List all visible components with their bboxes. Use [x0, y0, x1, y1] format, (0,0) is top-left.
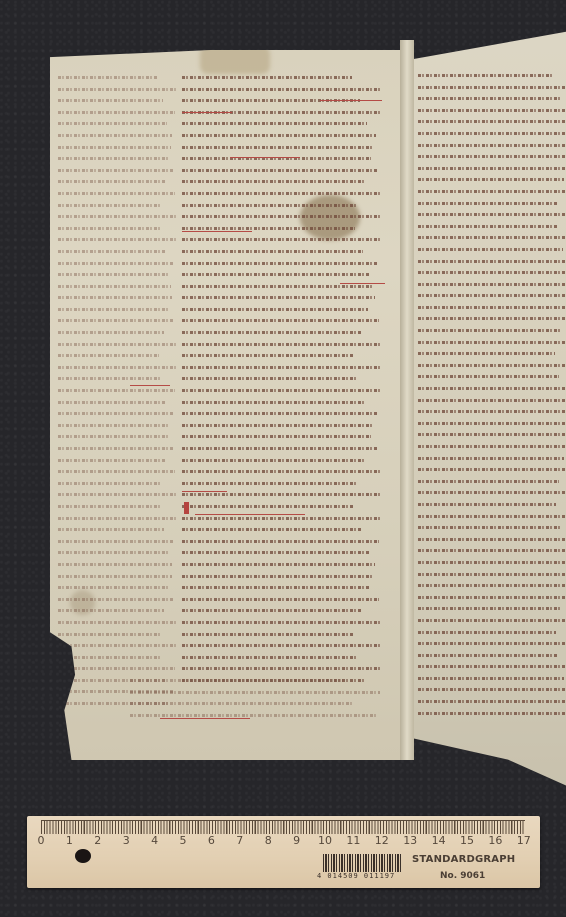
handwritten-line: [58, 571, 172, 583]
handwritten-line: [418, 395, 565, 407]
handwritten-line: [418, 244, 563, 256]
handwritten-line: [418, 232, 566, 244]
ruler-label: 9: [293, 834, 300, 847]
handwritten-line: [418, 719, 566, 720]
handwritten-line: [418, 186, 566, 198]
handwritten-line: [182, 130, 376, 142]
handwritten-line: [182, 559, 375, 571]
handwritten-line: [418, 70, 554, 82]
handwritten-line: [58, 559, 172, 571]
handwritten-line: [418, 638, 566, 650]
handwritten-line: [58, 420, 170, 432]
ruler-ticks: [41, 820, 525, 834]
handwritten-line: [418, 522, 562, 534]
handwritten-line: [418, 650, 558, 662]
handwritten-line: [418, 429, 566, 441]
handwritten-line: [418, 82, 566, 94]
red-initial: [184, 502, 189, 514]
rubric-underline: [182, 231, 252, 232]
handwritten-line: [182, 582, 369, 594]
rubric-underline: [160, 718, 250, 719]
rubric-underline: [130, 385, 170, 386]
handwritten-line: [58, 304, 168, 316]
handwritten-line: [418, 313, 566, 325]
handwritten-line: [58, 536, 174, 548]
handwritten-line: [182, 223, 355, 235]
handwritten-line: [58, 339, 176, 351]
handwritten-line: [58, 200, 161, 212]
handwritten-line: [418, 441, 566, 453]
handwritten-line: [182, 408, 377, 420]
handwritten-line: [58, 397, 166, 409]
handwritten-line: [182, 397, 366, 409]
ruler-brand: STANDARDGRAPH: [412, 854, 515, 865]
handwritten-line: [58, 443, 173, 455]
handwritten-line: [130, 698, 352, 710]
handwritten-line: [58, 513, 176, 525]
handwritten-line: [418, 464, 566, 476]
handwritten-line: [418, 673, 564, 685]
handwritten-line: [182, 373, 358, 385]
handwritten-line: [418, 383, 566, 395]
handwritten-line: [182, 362, 382, 374]
handwritten-line: [418, 406, 566, 418]
handwritten-line: [418, 627, 556, 639]
handwritten-line: [182, 72, 352, 84]
barcode: [323, 854, 403, 872]
ruler-label: 17: [517, 834, 531, 847]
measurement-ruler: 01234567891011121314151617 4 014509 0111…: [27, 816, 540, 888]
handwritten-line: [418, 476, 559, 488]
handwritten-line: [418, 325, 561, 337]
handwritten-line: [418, 371, 559, 383]
handwritten-line: [182, 455, 365, 467]
handwritten-line: [182, 443, 377, 455]
handwritten-line: [182, 246, 363, 258]
handwritten-line: [58, 582, 168, 594]
handwritten-line: [182, 571, 374, 583]
handwritten-line: [418, 360, 566, 372]
handwritten-line: [58, 350, 159, 362]
ruler-label: 16: [488, 834, 502, 847]
ruler-label: 3: [123, 834, 130, 847]
ruler-label: 1: [66, 834, 73, 847]
handwritten-line: [418, 151, 566, 163]
handwritten-line: [58, 362, 176, 374]
handwritten-line: [58, 629, 160, 641]
handwritten-line: [182, 431, 371, 443]
handwritten-line: [182, 663, 381, 675]
handwritten-line: [58, 640, 176, 652]
ruler-label: 13: [403, 834, 417, 847]
handwritten-line: [130, 710, 377, 722]
right-text-column: [418, 70, 566, 720]
handwritten-line: [182, 258, 378, 270]
handwritten-line: [58, 327, 164, 339]
handwritten-line: [58, 72, 158, 84]
ruler-model: No. 9061: [440, 871, 485, 881]
handwritten-line: [418, 105, 566, 117]
handwritten-line: [58, 292, 172, 304]
handwritten-line: [418, 684, 566, 696]
handwritten-line: [182, 629, 354, 641]
handwritten-line: [418, 418, 566, 430]
handwritten-line: [418, 453, 564, 465]
ruler-label: 14: [432, 834, 446, 847]
handwritten-line: [58, 84, 176, 96]
handwritten-line: [58, 594, 174, 606]
handwritten-line: [418, 174, 564, 186]
handwritten-line: [182, 327, 361, 339]
handwritten-line: [58, 652, 161, 664]
handwritten-line: [418, 708, 566, 720]
handwritten-line: [418, 256, 566, 268]
handwritten-line: [418, 128, 566, 140]
ruler-label: 7: [236, 834, 243, 847]
handwritten-line: [58, 617, 176, 629]
handwritten-line: [182, 385, 380, 397]
left-manuscript-leaf: [50, 50, 408, 760]
handwritten-line: [58, 176, 165, 188]
handwritten-line: [418, 279, 566, 291]
handwritten-line: [182, 339, 382, 351]
handwritten-line: [58, 663, 175, 675]
rubric-underline: [340, 283, 385, 284]
ruler-label: 11: [346, 834, 360, 847]
book-gutter: [400, 40, 414, 760]
handwritten-line: [182, 304, 368, 316]
handwritten-line: [58, 431, 170, 443]
handwritten-line: [418, 661, 566, 673]
handwritten-line: [182, 84, 382, 96]
handwritten-line: [58, 142, 171, 154]
handwritten-line: [418, 140, 566, 152]
handwritten-line: [182, 605, 362, 617]
handwritten-line: [58, 373, 162, 385]
handwritten-line: [58, 165, 174, 177]
handwritten-line: [58, 269, 169, 281]
handwritten-line: [182, 292, 375, 304]
handwritten-line: [418, 348, 555, 360]
handwritten-line: [58, 281, 171, 293]
handwritten-line: [130, 687, 380, 699]
handwritten-line: [130, 675, 343, 687]
handwritten-line: [418, 511, 566, 523]
handwritten-line: [182, 188, 381, 200]
handwritten-line: [418, 545, 566, 557]
handwritten-line: [182, 176, 364, 188]
handwritten-line: [182, 501, 354, 513]
handwritten-line: [418, 221, 557, 233]
handwritten-line: [58, 118, 167, 130]
handwritten-line: [58, 188, 175, 200]
handwritten-line: [182, 142, 373, 154]
handwritten-line: [182, 652, 357, 664]
handwritten-line: [182, 466, 380, 478]
handwritten-line: [418, 696, 566, 708]
handwritten-line: [418, 557, 566, 569]
handwritten-line: [418, 116, 566, 128]
handwritten-line: [418, 209, 566, 221]
handwritten-line: [58, 153, 169, 165]
handwritten-line: [58, 466, 175, 478]
rubric-underline: [195, 514, 305, 515]
handwritten-line: [58, 234, 176, 246]
handwritten-line: [182, 153, 371, 165]
top-stain: [200, 46, 270, 74]
gloss-column: [58, 72, 176, 712]
main-text-column: [182, 72, 382, 682]
handwritten-line: [58, 455, 166, 467]
handwritten-line: [58, 107, 175, 119]
ruler-label: 5: [180, 834, 187, 847]
handwritten-line: [418, 290, 566, 302]
handwritten-line: [418, 534, 566, 546]
handwritten-line: [182, 640, 382, 652]
rubric-underline: [182, 491, 227, 492]
ruler-label: 8: [265, 834, 272, 847]
handwritten-line: [418, 580, 566, 592]
handwritten-line: [182, 547, 369, 559]
handwritten-line: [182, 524, 362, 536]
handwritten-line: [418, 163, 566, 175]
handwritten-line: [182, 315, 379, 327]
handwritten-line: [182, 478, 358, 490]
handwritten-line: [418, 198, 558, 210]
handwritten-line: [58, 408, 173, 420]
ruler-label: 15: [460, 834, 474, 847]
handwritten-line: [58, 385, 175, 397]
handwritten-line: [58, 223, 160, 235]
handwritten-line: [418, 93, 560, 105]
handwritten-line: [58, 130, 172, 142]
handwritten-line: [58, 95, 163, 107]
handwritten-line: [58, 489, 176, 501]
right-manuscript-leaf: [406, 30, 566, 790]
handwritten-line: [182, 420, 372, 432]
handwritten-line: [182, 269, 370, 281]
handwritten-line: [182, 350, 353, 362]
handwritten-line: [418, 592, 566, 604]
handwritten-line: [418, 499, 556, 511]
handwritten-line: [418, 569, 566, 581]
handwritten-line: [58, 501, 160, 513]
handwritten-line: [418, 337, 566, 349]
handwritten-line: [182, 165, 378, 177]
handwritten-line: [182, 617, 381, 629]
handwritten-line: [182, 594, 379, 606]
ruler-label: 6: [208, 834, 215, 847]
rubric-underline: [230, 157, 300, 158]
barcode-number: 4 014509 011197: [317, 872, 395, 880]
handwritten-line: [58, 258, 174, 270]
handwritten-line: [182, 536, 379, 548]
handwritten-line: [418, 487, 566, 499]
handwritten-line: [58, 524, 164, 536]
handwritten-line: [58, 315, 174, 327]
rubric-underline: [182, 112, 232, 113]
handwritten-line: [182, 234, 381, 246]
handwritten-line: [58, 246, 165, 258]
ruler-label: 10: [318, 834, 332, 847]
handwritten-line: [418, 615, 566, 627]
ruler-label: 2: [94, 834, 101, 847]
rubric-underline: [320, 100, 382, 101]
handwritten-line: [418, 302, 566, 314]
handwritten-line: [182, 118, 367, 130]
handwritten-line: [58, 211, 176, 223]
handwritten-line: [182, 211, 382, 223]
handwritten-line: [58, 547, 168, 559]
ruler-hole: [75, 849, 91, 863]
handwritten-line: [418, 603, 562, 615]
ruler-label: 4: [151, 834, 158, 847]
handwritten-line: [58, 478, 162, 490]
handwritten-line: [182, 200, 356, 212]
handwritten-line: [58, 605, 164, 617]
ruler-label: 0: [38, 834, 45, 847]
handwritten-line: [418, 267, 566, 279]
ruler-label: 12: [375, 834, 389, 847]
